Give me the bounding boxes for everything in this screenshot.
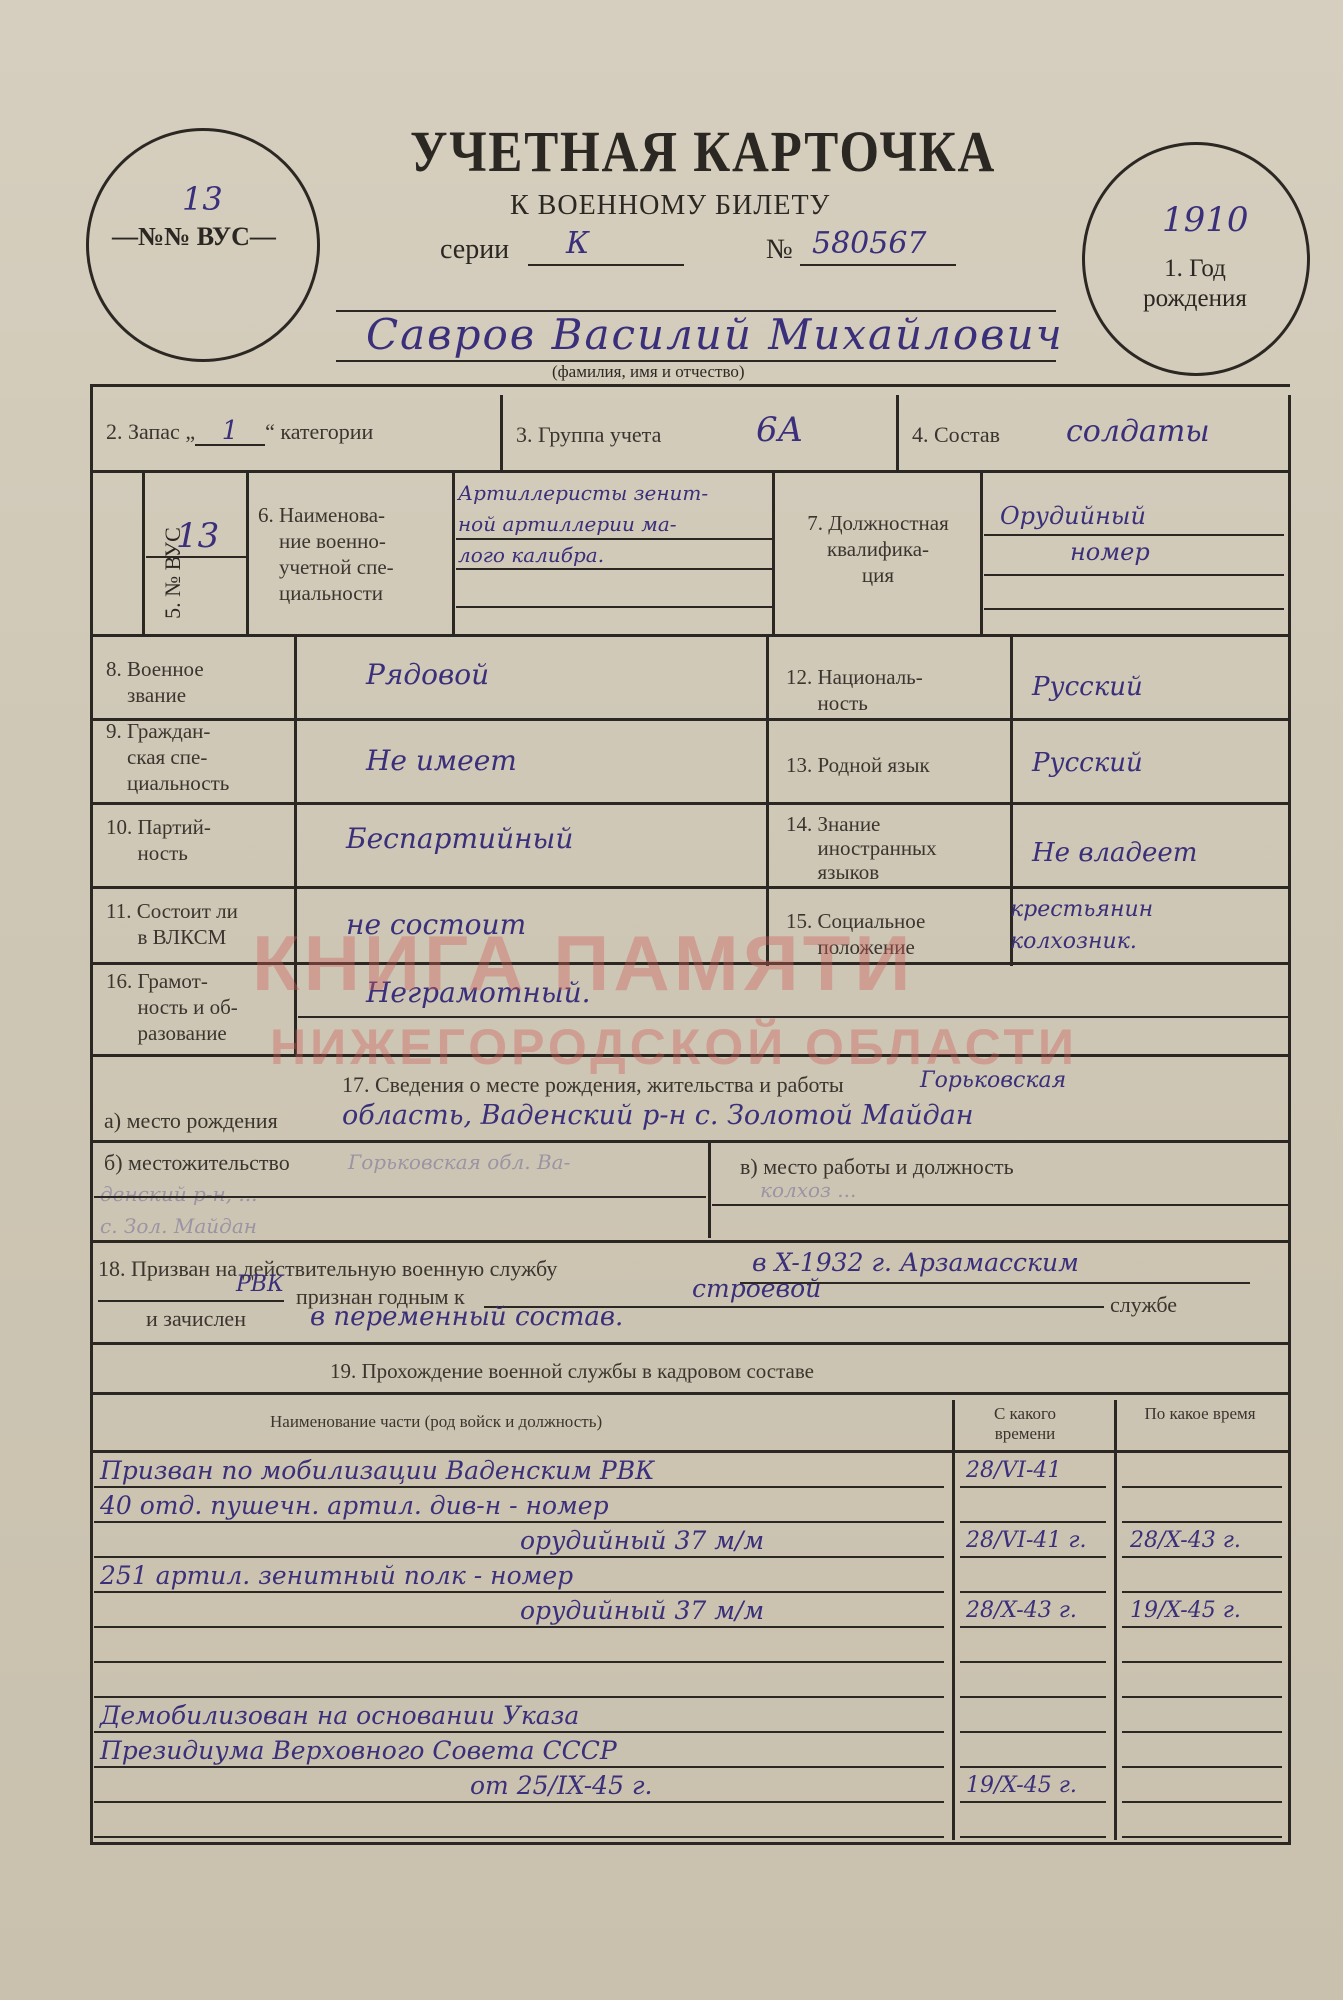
- page-subtitle: К ВОЕННОМУ БИЛЕТУ: [510, 190, 830, 222]
- service-from: 28/X-43 г.: [966, 1598, 1077, 1623]
- enrolled-label: и зачислен: [146, 1306, 246, 1332]
- table-row: 251 артил. зенитный полк - номер: [0, 1559, 1343, 1594]
- civil-specialty-label: 9. Граждан- ская спе- циальность: [106, 718, 229, 796]
- vus-circle-value: 13: [182, 180, 223, 218]
- specialty-value: Артиллеристы зенит- ной артиллерии ма- л…: [458, 478, 708, 571]
- vus-number-value: 13: [176, 516, 219, 556]
- literacy-label: 16. Грамот- ность и об- разование: [106, 968, 238, 1046]
- foreign-languages-value: Не владеет: [1032, 838, 1197, 868]
- table-row: Призван по мобилизации Ваденским РВК28/V…: [0, 1454, 1343, 1489]
- fit-value: строевой: [692, 1274, 821, 1303]
- native-language-value: Русский: [1032, 748, 1143, 778]
- service-unit: Призван по мобилизации Ваденским РВК: [100, 1456, 654, 1485]
- birthplace-value: область, Ваденский р-н с. Золотой Майдан: [342, 1100, 974, 1131]
- section19-title: 19. Прохождение военной службы в кадрово…: [330, 1358, 814, 1384]
- table-row: Президиума Верховного Совета СССР: [0, 1734, 1343, 1769]
- residence-value: Горьковская обл. Ва- денский р-н, ... с.…: [100, 1146, 570, 1242]
- vus-circle-label-text: №№ ВУС: [138, 222, 250, 251]
- service-unit: 40 отд. пушечн. артил. див-н - номер: [100, 1491, 609, 1520]
- party-value: Беспартийный: [346, 822, 573, 855]
- table-row: [0, 1629, 1343, 1664]
- table-row: орудийный 37 м/м28/VI-41 г.28/X-43 г.: [0, 1524, 1343, 1559]
- service-to: 28/X-43 г.: [1130, 1528, 1241, 1553]
- rank-value: Рядовой: [366, 658, 489, 691]
- service-unit: орудийный 37 м/м: [520, 1526, 764, 1555]
- reserve-value: 1: [195, 418, 265, 446]
- nationality-label: 12. Националь- ность: [786, 664, 923, 716]
- birthplace-label: а) место рождения: [104, 1108, 278, 1134]
- group-value: 6А: [756, 410, 803, 450]
- watermark-line2: НИЖЕГОРОДСКОЙ ОБЛАСТИ: [270, 1018, 1078, 1076]
- col-header-from: С какого времени: [970, 1404, 1080, 1444]
- col-header-to: По какое время: [1140, 1404, 1260, 1424]
- birth-year-label: 1. Год рождения: [1120, 254, 1270, 314]
- table-row: Демобилизован на основании Указа: [0, 1699, 1343, 1734]
- service-from: 19/X-45 г.: [966, 1773, 1077, 1798]
- full-name-caption: (фамилия, имя и отчество): [552, 362, 745, 382]
- service-unit: 251 артил. зенитный полк - номер: [100, 1561, 573, 1590]
- fit-suffix: службе: [1110, 1292, 1177, 1318]
- civil-specialty-value: Не имеет: [366, 744, 517, 777]
- vus-circle-label: —№№ ВУС—: [112, 222, 276, 252]
- service-to: 19/X-45 г.: [1130, 1598, 1241, 1623]
- birth-year-value: 1910: [1162, 200, 1249, 240]
- work-label: в) место работы и должность: [740, 1154, 1014, 1180]
- enrolled-value: в переменный состав.: [310, 1302, 623, 1332]
- social-status-value: крестьянин колхозник.: [1010, 894, 1153, 958]
- called-label: 18. Призван на действительную военную сл…: [98, 1256, 557, 1282]
- table-row: от 25/IX-45 г.19/X-45 г.: [0, 1769, 1343, 1804]
- watermark-line1: КНИГА ПАМЯТИ: [252, 918, 914, 1009]
- rank-label: 8. Военное звание: [106, 656, 204, 708]
- service-from: 28/VI-41 г.: [966, 1528, 1087, 1553]
- party-label: 10. Партий- ность: [106, 814, 211, 866]
- foreign-languages-label: 14. Знание иностранных языков: [786, 812, 937, 884]
- reserve-label: 2. Запас „1“ категории: [106, 418, 373, 446]
- document-card: 13 —№№ ВУС— 1910 1. Год рождения УЧЕТНАЯ…: [0, 0, 1343, 2000]
- komsomol-label: 11. Состоит ли в ВЛКСМ: [106, 898, 238, 950]
- group-label: 3. Группа учета: [516, 422, 661, 448]
- col-header-unit: Наименование части (род войск и должност…: [270, 1412, 602, 1432]
- table-row: [0, 1664, 1343, 1699]
- composition-label: 4. Состав: [912, 422, 1000, 448]
- native-language-label: 13. Родной язык: [786, 752, 930, 778]
- called-value-rvk: РВК: [236, 1272, 284, 1297]
- composition-value: солдаты: [1066, 414, 1210, 449]
- table-row: 40 отд. пушечн. артил. див-н - номер: [0, 1489, 1343, 1524]
- service-unit: Демобилизован на основании Указа: [100, 1701, 579, 1730]
- full-name: Савров Василий Михайлович: [366, 310, 1064, 359]
- service-unit: орудийный 37 м/м: [520, 1596, 764, 1625]
- number-value: 580567: [812, 226, 927, 261]
- page-title: УЧЕТНАЯ КАРТОЧКА: [410, 118, 996, 185]
- qualification-label: 7. Должностнаяквалифика-ция: [778, 510, 978, 588]
- service-from: 28/VI-41: [966, 1458, 1061, 1483]
- called-value: в X-1932 г. Арзамасским: [752, 1248, 1079, 1277]
- service-unit: Президиума Верховного Совета СССР: [100, 1736, 617, 1765]
- table-row: [0, 1804, 1343, 1839]
- series-value: К: [566, 226, 589, 261]
- service-unit: от 25/IX-45 г.: [470, 1771, 653, 1800]
- work-value: колхоз ...: [760, 1178, 856, 1202]
- number-label: №: [766, 234, 793, 266]
- series-label: серии: [440, 234, 509, 266]
- table-row: орудийный 37 м/м28/X-43 г.19/X-45 г.: [0, 1594, 1343, 1629]
- specialty-label: 6. Наименова- ние военно- учетной спе- ц…: [258, 502, 448, 606]
- nationality-value: Русский: [1032, 672, 1143, 702]
